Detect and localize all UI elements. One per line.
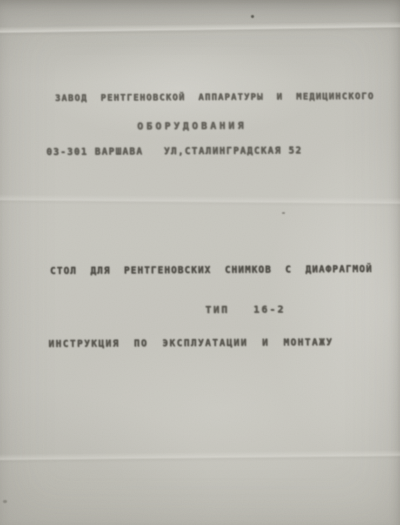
factory-address-line: 03-301 ВАРШАВА УЛ,СТАЛИНГРАДСКАЯ 52 [46,145,302,158]
type-designation-line: ТИП 16-2 [205,304,285,315]
document-title-line: СТОЛ ДЛЯ РЕНТГЕНОВСКИХ СНИМКОВ С ДИАФРАГ… [50,264,373,277]
typewritten-text-block: ЗАВОД РЕНТГЕНОВСКОЙ АППАРАТУРЫ И МЕДИЦИН… [0,0,400,525]
instruction-subtitle-line: ИНСТРУКЦИЯ ПО ЭКСПЛУАТАЦИИ И МОНТАЖУ [48,337,333,350]
scanned-document-page: ЗАВОД РЕНТГЕНОВСКОЙ АППАРАТУРЫ И МЕДИЦИН… [0,0,400,525]
equipment-word-line: ОБОРУДОВАНИЯ [137,121,247,133]
factory-name-line: ЗАВОД РЕНТГЕНОВСКОЙ АППАРАТУРЫ И МЕДИЦИН… [55,92,374,104]
